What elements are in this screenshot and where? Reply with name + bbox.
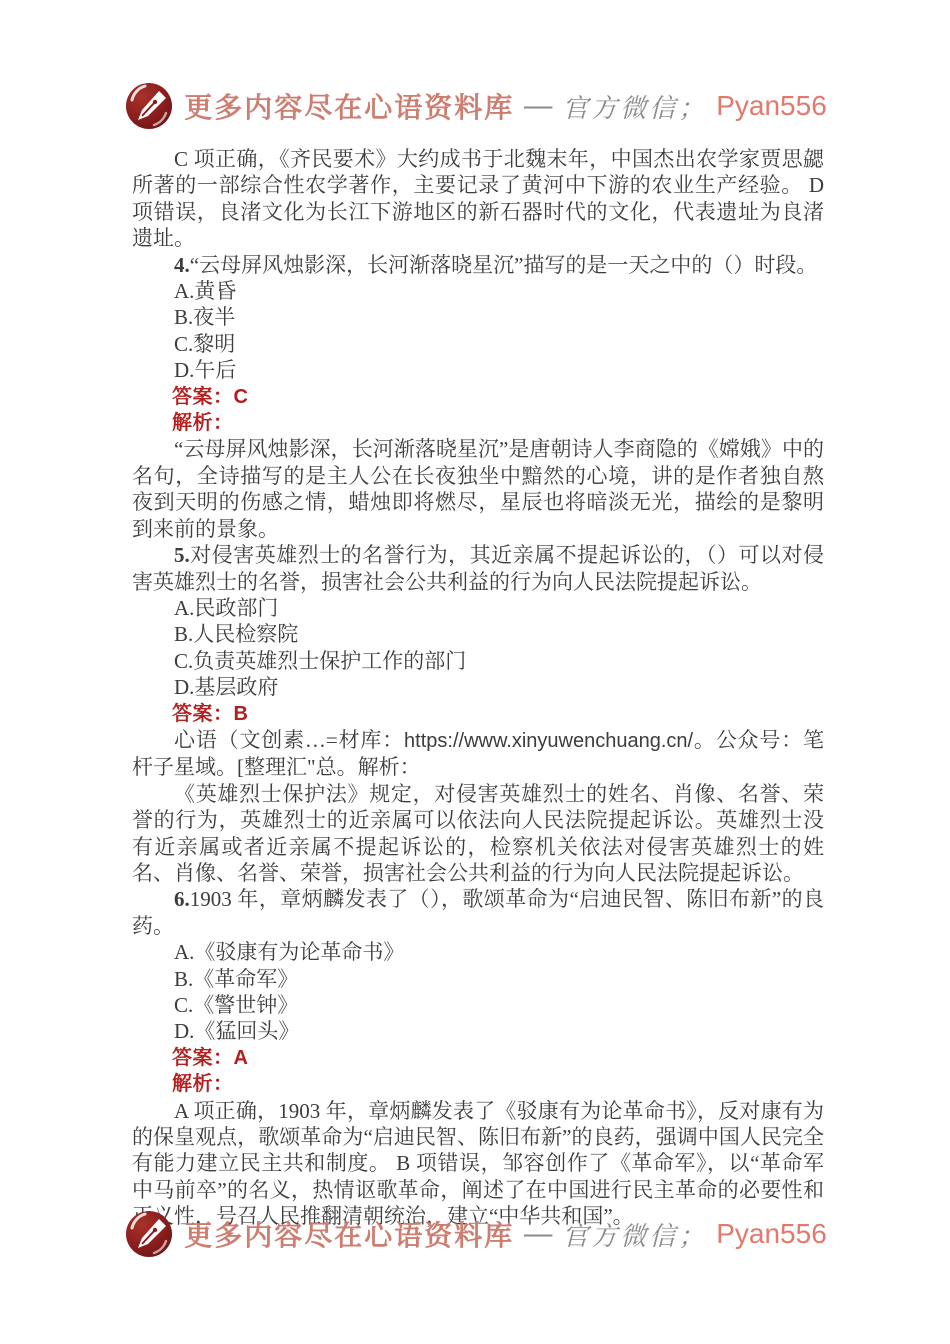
text-run: 6. [174, 887, 190, 911]
document-page: 更多内容尽在心语资料库 — 官方微信； Pyan556 C 项正确，《齐民要术》… [0, 0, 950, 1344]
document-body: C 项正确，《齐民要术》大约成书于北魏末年，中国杰出农学家贾思勰所著的一部综合性… [132, 146, 824, 1230]
answer-line: 答案：A [132, 1045, 824, 1071]
brand-dash: — [524, 90, 552, 122]
text-run: 答案：B [172, 703, 248, 725]
option-line: C.黎明 [132, 331, 824, 357]
text-run: A.《驳康有为论革命书》 [174, 940, 404, 964]
option-line: A.民政部门 [132, 595, 824, 621]
text-run: A.民政部门 [174, 596, 278, 620]
text-run: 答案：A [172, 1047, 248, 1069]
text-run: 解析： [172, 412, 234, 434]
inline-url: https://www.xinyuwenchuang.cn/ [404, 730, 693, 752]
brand-text: 更多内容尽在心语资料库 [184, 1214, 514, 1254]
text-run: B.夜半 [174, 305, 235, 329]
option-line: A.《驳康有为论革命书》 [132, 939, 824, 965]
answer-line: 答案：C [132, 384, 824, 410]
text-run: 心语（文创素…=材库： [174, 728, 404, 752]
paragraph: 4.“云母屏风烛影深，长河渐落晓星沉”描写的是一天之中的（）时段。 [132, 252, 824, 278]
option-line: A.黄昏 [132, 278, 824, 304]
paragraph: 《英雄烈士保护法》规定，对侵害英雄烈士的姓名、肖像、名誉、荣誉的行为，英雄烈士的… [132, 781, 824, 887]
option-line: C.《警世钟》 [132, 992, 824, 1018]
text-run: C.《警世钟》 [174, 993, 298, 1017]
text-run: 对侵害英雄烈士的名誉行为，其近亲属不提起诉讼的，（）可以对侵害英雄烈士的名誉，损… [132, 543, 824, 593]
option-line: C.负责英雄烈士保护工作的部门 [132, 648, 824, 674]
text-run: “云母屏风烛影深，长河渐落晓星沉”描写的是一天之中的（）时段。 [190, 253, 818, 277]
text-run: 答案：C [172, 386, 248, 408]
paragraph: “云母屏风烛影深，长河渐落晓星沉”是唐朝诗人李商隐的《嫦娥》中的名句，全诗描写的… [132, 436, 824, 542]
option-line: B.夜半 [132, 304, 824, 330]
paragraph: 5.对侵害英雄烈士的名誉行为，其近亲属不提起诉讼的，（）可以对侵害英雄烈士的名誉… [132, 542, 824, 595]
text-run: 5. [174, 543, 190, 567]
wechat-id: Pyan556 [716, 1218, 827, 1250]
text-run: C 项正确，《齐民要术》大约成书于北魏末年，中国杰出农学家贾思勰所著的一部综合性… [132, 147, 824, 250]
text-run: 4. [174, 253, 190, 277]
section-label: 解析： [132, 410, 824, 436]
option-line: D.基层政府 [132, 674, 824, 700]
text-run: B.人民检察院 [174, 622, 298, 646]
paragraph: C 项正确，《齐民要术》大约成书于北魏末年，中国杰出农学家贾思勰所著的一部综合性… [132, 146, 824, 252]
header-banner: 更多内容尽在心语资料库 — 官方微信； Pyan556 [0, 76, 950, 136]
text-run: 解析： [172, 1073, 234, 1095]
footer-banner: 更多内容尽在心语资料库 — 官方微信； Pyan556 [0, 1204, 950, 1264]
text-run: C.负责英雄烈士保护工作的部门 [174, 649, 466, 673]
pen-logo-icon [123, 1208, 175, 1260]
answer-line: 答案：B [132, 701, 824, 727]
section-label: 解析： [132, 1071, 824, 1097]
wechat-label: 官方微信； [562, 88, 707, 125]
text-run: “云母屏风烛影深，长河渐落晓星沉”是唐朝诗人李商隐的《嫦娥》中的名句，全诗描写的… [132, 437, 824, 540]
wechat-label: 官方微信； [562, 1216, 707, 1253]
text-run: B.《革命军》 [174, 967, 298, 991]
brand-text: 更多内容尽在心语资料库 [184, 86, 514, 126]
option-line: D.《猛回头》 [132, 1018, 824, 1044]
text-run: D.午后 [174, 358, 236, 382]
text-run: 1903 年，章炳麟发表了（），歌颂革命为“启迪民智、陈旧布新”的良药。 [132, 887, 824, 937]
paragraph: 6.1903 年，章炳麟发表了（），歌颂革命为“启迪民智、陈旧布新”的良药。 [132, 886, 824, 939]
option-line: B.《革命军》 [132, 966, 824, 992]
option-line: D.午后 [132, 357, 824, 383]
text-run: A.黄昏 [174, 279, 236, 303]
wechat-id: Pyan556 [716, 90, 827, 122]
text-run: 《英雄烈士保护法》规定，对侵害英雄烈士的姓名、肖像、名誉、荣誉的行为，英雄烈士的… [132, 782, 824, 885]
text-run: D.《猛回头》 [174, 1019, 299, 1043]
pen-logo-icon [123, 80, 175, 132]
option-line: B.人民检察院 [132, 621, 824, 647]
paragraph: 心语（文创素…=材库：https://www.xinyuwenchuang.cn… [132, 727, 824, 781]
text-run: C.黎明 [174, 332, 235, 356]
text-run: D.基层政府 [174, 675, 278, 699]
brand-dash: — [524, 1218, 552, 1250]
